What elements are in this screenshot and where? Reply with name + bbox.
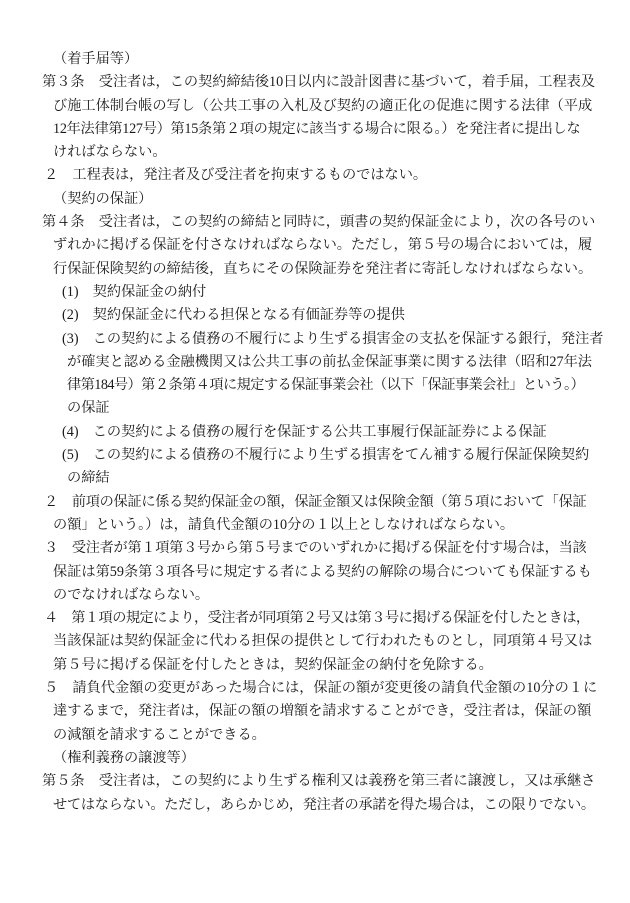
article-4-paragraph-5-line: ５ 請負代金額の変更があった場合には，保証の額が変更後の請負代金額の10分の１に: [0, 677, 630, 700]
article-5-continuation-line: せてはならない。ただし，あらかじめ，発注者の承諾を得た場合は，この限りでない。: [0, 794, 630, 817]
article-3-continuation-line: び施工体制台帳の写し（公共工事の入札及び契約の適正化の促進に関する法律（平成: [0, 95, 630, 118]
article-3-continuation-line: 12年法律第127号）第15条第２項の規定に該当する場合に限る。）を発注者に提出…: [0, 118, 630, 141]
article-4-paragraph-5-continuation: 達するまで，発注者は，保証の額の増額を請求することができ，受注者は，保証の額: [0, 700, 630, 723]
article-4-item-3-continuation: の保証: [0, 397, 630, 420]
article-4-paragraph-2-continuation: の額」という。）は，請負代金額の10分の１以上としなければならない。: [0, 514, 630, 537]
article-4-item-3-continuation: が確実と認める金融機関又は公共工事の前払金保証事業に関する法律（昭和27年法: [0, 351, 630, 374]
article-4-paragraph-4-continuation: 第５号に掲げる保証を付したときは，契約保証金の納付を免除する。: [0, 654, 630, 677]
article-4-paragraph-2-line: ２ 前項の保証に係る契約保証金の額，保証金額又は保険金額（第５項において「保証: [0, 491, 630, 514]
article-4-item-5-continuation: の締結: [0, 467, 630, 490]
section-heading-keiyaku-hoshou: （契約の保証）: [0, 188, 630, 211]
article-4-opening-line: 第４条 受注者は，この契約の締結と同時に，頭書の契約保証金により，次の各号のい: [0, 211, 630, 234]
contract-document-page: （着手届等） 第３条 受注者は，この契約締結後10日以内に設計図書に基づいて，着…: [0, 0, 630, 903]
article-4-paragraph-4-line: ４ 第１項の規定により，受注者が同項第２号又は第３号に掲げる保証を付したときは，: [0, 607, 630, 630]
article-5-opening-line: 第５条 受注者は，この契約により生ずる権利又は義務を第三者に譲渡し，又は承継さ: [0, 770, 630, 793]
article-4-paragraph-5-continuation: の減額を請求することができる。: [0, 724, 630, 747]
article-3-paragraph-2-line: ２ 工程表は，発注者及び受注者を拘束するものではない。: [0, 164, 630, 187]
article-3-opening-line: 第３条 受注者は，この契約締結後10日以内に設計図書に基づいて，着手届，工程表及: [0, 71, 630, 94]
article-4-item-1-line: (1) 契約保証金の納付: [0, 281, 630, 304]
section-heading-kenri-gimu-jouto: （権利義務の譲渡等）: [0, 747, 630, 770]
article-4-item-3-continuation: 律第184号）第２条第４項に規定する保証事業会社（以下「保証事業会社」という。）: [0, 374, 630, 397]
article-4-item-4-line: (4) この契約による債務の履行を保証する公共工事履行保証証券による保証: [0, 421, 630, 444]
article-4-paragraph-4-continuation: 当該保証は契約保証金に代わる担保の提供として行われたものとし，同項第４号又は: [0, 630, 630, 653]
article-4-item-3-line: (3) この契約による債務の不履行により生ずる損害金の支払を保証する銀行，発注者: [0, 328, 630, 351]
article-4-continuation-line: 行保証保険契約の締結後，直ちにその保険証券を発注者に寄託しなければならない。: [0, 258, 630, 281]
article-4-paragraph-3-line: ３ 受注者が第１項第３号から第５号までのいずれかに掲げる保証を付す場合は，当該: [0, 537, 630, 560]
article-4-paragraph-3-continuation: 保証は第59条第３項各号に規定する者による契約の解除の場合についても保証するも: [0, 561, 630, 584]
article-4-paragraph-3-continuation: のでなければならない。: [0, 584, 630, 607]
section-heading-chakushu-todoke: （着手届等）: [0, 48, 630, 71]
article-4-item-2-line: (2) 契約保証金に代わる担保となる有価証券等の提供: [0, 304, 630, 327]
article-3-continuation-line: ければならない。: [0, 141, 630, 164]
article-4-item-5-line: (5) この契約による債務の不履行により生ずる損害をてん補する履行保証保険契約: [0, 444, 630, 467]
article-4-continuation-line: ずれかに掲げる保証を付さなければならない。ただし，第５号の場合においては，履: [0, 234, 630, 257]
